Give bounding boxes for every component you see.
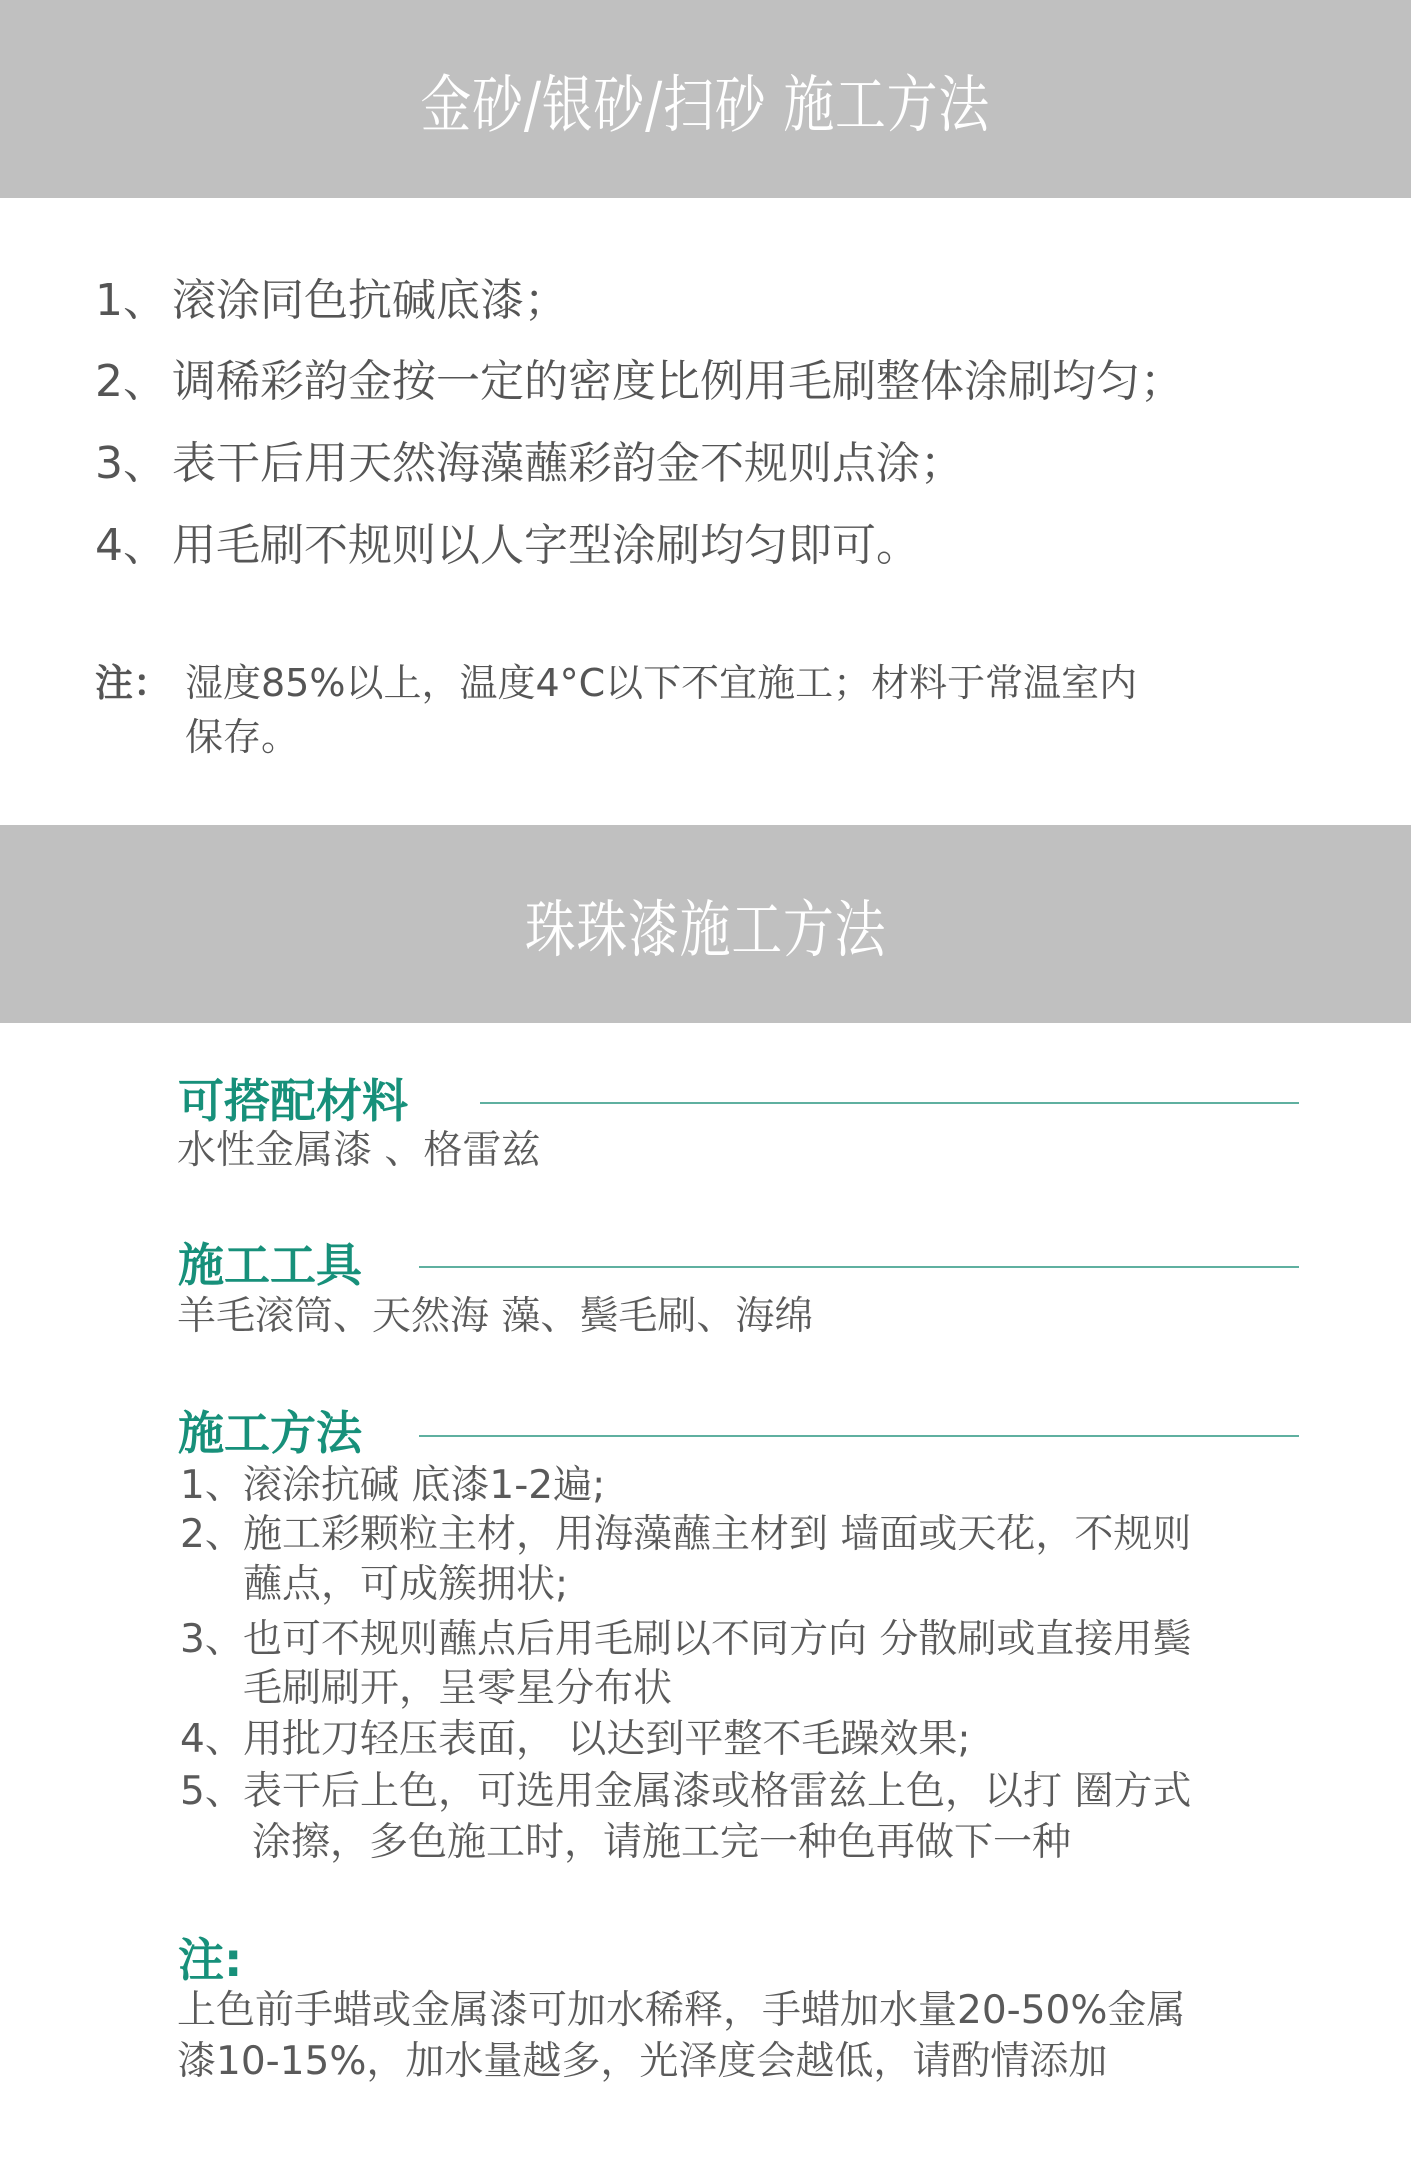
step-number: 1、 (95, 277, 172, 325)
step-number: 3、 (180, 1618, 243, 1662)
materials-text: 水性金属漆 、格雷兹 (177, 1129, 540, 1173)
method-step: 5、表干后上色，可选用金属漆或格雷兹上色，以打 圈方式 (180, 1770, 1191, 1814)
method-step: 1、滚涂抗碱 底漆1-2遍; (180, 1464, 605, 1508)
section1-banner: 金砂/银砂/扫砂 施工方法 (0, 0, 1411, 198)
step-text: 调稀彩韵金按一定的密度比例用毛刷整体涂刷均匀； (172, 356, 1184, 407)
method-step: 2、施工彩颗粒主材，用海藻蘸主材到 墙面或天花，不规则 (180, 1513, 1191, 1557)
section1-step: 1、滚涂同色抗碱底漆； (95, 277, 568, 325)
step-number: 3、 (95, 440, 172, 488)
method-step-continued: 涂擦，多色施工时，请施工完一种色再做下一种 (252, 1821, 1071, 1865)
step-number: 2、 (180, 1513, 243, 1557)
step-text: 滚涂抗碱 底漆1-2遍; (243, 1463, 605, 1508)
step-text: 表干后用天然海藻蘸彩韵金不规则点涂； (172, 438, 964, 489)
method-step: 4、用批刀轻压表面， 以达到平整不毛躁效果; (180, 1718, 971, 1762)
step-text: 用毛刷不规则以人字型涂刷均匀即可。 (172, 520, 920, 571)
step-number: 4、 (180, 1718, 243, 1762)
note-heading: 注: (178, 1935, 242, 1985)
section1-step: 3、表干后用天然海藻蘸彩韵金不规则点涂； (95, 440, 964, 488)
section2-banner: 珠珠漆施工方法 (0, 825, 1411, 1023)
step-text: 用批刀轻压表面， 以达到平整不毛躁效果; (243, 1717, 971, 1762)
note-line-1: 上色前手蜡或金属漆可加水稀释，手蜡加水量20-50%金属 (177, 1989, 1185, 2033)
step-text: 表干后上色，可选用金属漆或格雷兹上色，以打 圈方式 (243, 1769, 1191, 1814)
method-step-continued: 毛刷刷开，呈零星分布状 (243, 1667, 672, 1711)
step-number: 4、 (95, 522, 172, 570)
method-step: 3、也可不规则蘸点后用毛刷以不同方向 分散刷或直接用鬓 (180, 1618, 1191, 1662)
section1-note-continued: 保存。 (185, 715, 299, 759)
section1-step: 2、调稀彩韵金按一定的密度比例用毛刷整体涂刷均匀； (95, 358, 1184, 406)
step-number: 2、 (95, 358, 172, 406)
tools-divider (419, 1266, 1299, 1268)
step-number: 5、 (180, 1770, 243, 1814)
materials-heading: 可搭配材料 (178, 1076, 408, 1126)
section2-title: 珠珠漆施工方法 (525, 880, 887, 969)
note-line-1: 湿度85%以上，温度4°C以下不宜施工；材料于常温室内 (185, 661, 1137, 705)
method-step-continued: 蘸点，可成簇拥状; (243, 1563, 568, 1607)
step-text: 滚涂同色抗碱底漆； (172, 275, 568, 326)
step-number: 1、 (180, 1464, 243, 1508)
tools-text: 羊毛滚筒、天然海 藻、鬓毛刷、海绵 (177, 1295, 813, 1339)
section1-step: 4、用毛刷不规则以人字型涂刷均匀即可。 (95, 522, 920, 570)
method-divider (419, 1435, 1299, 1437)
step-text: 也可不规则蘸点后用毛刷以不同方向 分散刷或直接用鬓 (243, 1617, 1191, 1662)
step-text: 施工彩颗粒主材，用海藻蘸主材到 墙面或天花，不规则 (243, 1512, 1191, 1557)
method-heading: 施工方法 (178, 1408, 362, 1458)
note-label: 注： (95, 661, 185, 705)
note-line-2: 漆10-15%，加水量越多，光泽度会越低，请酌情添加 (177, 2040, 1107, 2084)
section1-note: 注：湿度85%以上，温度4°C以下不宜施工；材料于常温室内 (95, 661, 1137, 705)
tools-heading: 施工工具 (178, 1240, 362, 1290)
materials-divider (480, 1102, 1299, 1104)
section1-title: 金砂/银砂/扫砂 施工方法 (421, 55, 990, 144)
note-line-2: 保存。 (185, 715, 299, 759)
